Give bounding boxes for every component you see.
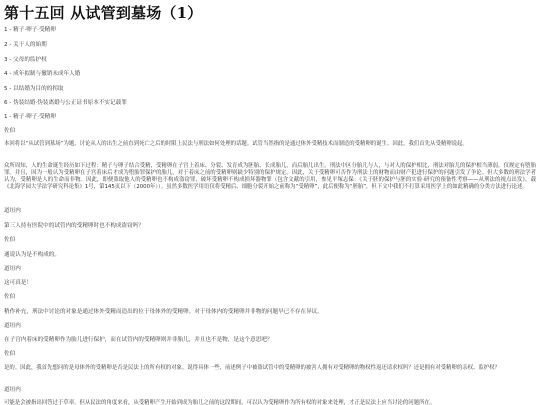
dialogue-paragraph: 这可真是！	[4, 280, 32, 287]
dialogue-paragraph: 众所周知，人的生命诞生经历如下过程：精子与卵子结合受精，受精卵在子宫上着床、分裂…	[4, 163, 536, 191]
dialogue-paragraph: 在子宫内着床的受精卵作为胎儿进行保护，而在试管内的受精卵则并非胎儿，并且也不是物…	[4, 337, 273, 344]
dialogue-paragraph: 稍作补充，刑法中讨论的对象是通过体外受精而造出的位于母体外的受精卵。对于母体内的…	[4, 309, 323, 316]
toc-item-4[interactable]: 4 - 成年拟制与撤销未成年人婚	[4, 71, 80, 78]
speaker-label: 佐伯	[4, 128, 15, 135]
speaker-label: 道垣内	[4, 266, 21, 273]
speaker-label: 道垣内	[4, 323, 21, 330]
speaker-label: 佐伯	[4, 237, 15, 244]
toc-item-3[interactable]: 3 - 父母的监护权	[4, 57, 47, 64]
dialogue-paragraph: 第三人持有医院中的试管内的受精卵时也不构成盗窃吗？	[4, 223, 144, 230]
toc-item-5[interactable]: 5 - 以结婚为目的的拐取	[4, 86, 63, 93]
dialogue-paragraph: 本回将以“从试管到墓场”为题，讨论从人的出生之前直到死亡之后的时限上民法与刑法如…	[4, 141, 536, 148]
section-heading: 1 - 精子·卵子·受精卵	[4, 114, 56, 121]
page-title: 第十五回 从试管到墓场（1）	[4, 2, 202, 23]
speaker-label: 道垣内	[4, 387, 21, 394]
speaker-label: 佐伯	[4, 351, 15, 358]
speaker-label: 道垣内	[4, 208, 21, 215]
toc-item-1[interactable]: 1 - 精子·卵子·受精卵	[4, 27, 56, 34]
toc-item-6[interactable]: 6 - 伪装结婚·伪装离婚与公正证书原本不实记载罪	[4, 100, 127, 107]
dialogue-paragraph: 通说认为是不构成的。	[4, 252, 60, 259]
dialogue-paragraph: 可能是会被指出回答过于草率，但从民法的角度来看，从受精卵产生开始到成为胎儿之前的…	[4, 400, 536, 405]
toc-item-2[interactable]: 2 - 关于人的始期	[4, 42, 47, 49]
speaker-label: 佐伯	[4, 294, 15, 301]
dialogue-paragraph: 是的。因此，我首先想问的是母体外的受精卵是否是民法上的所有权的对象。说得具体一些…	[4, 365, 536, 372]
